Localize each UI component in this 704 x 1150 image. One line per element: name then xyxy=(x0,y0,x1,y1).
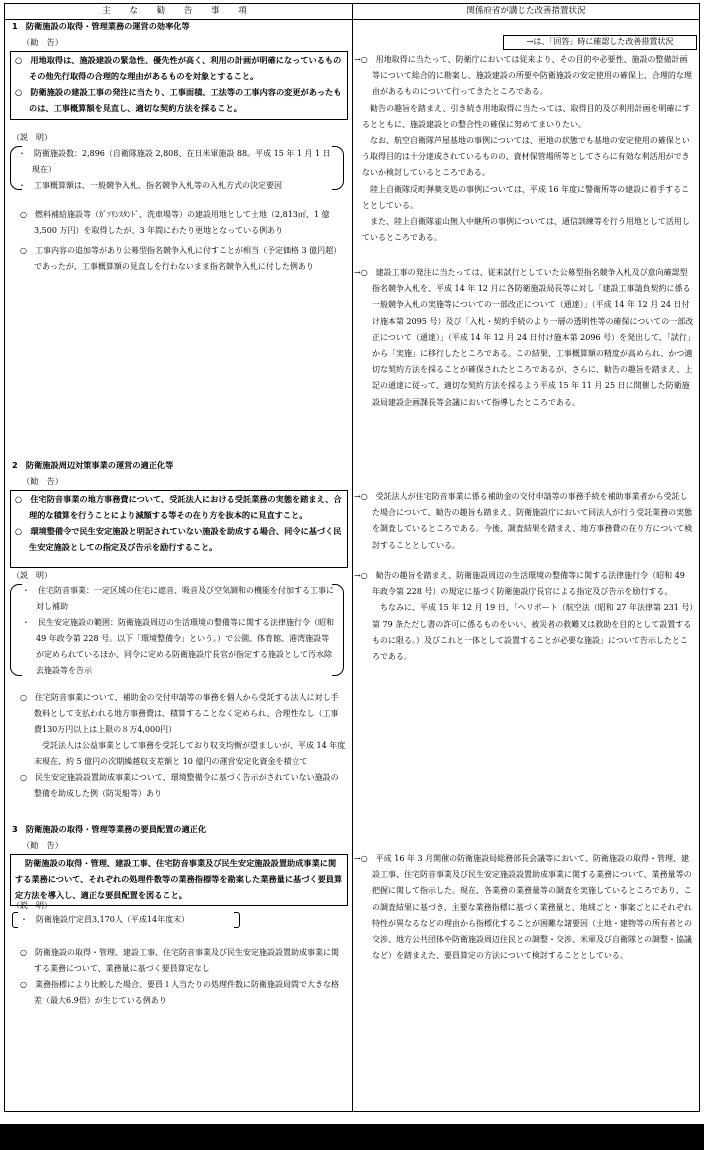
header-improvement-measures: 関係府省が講じた改善措置状況 xyxy=(353,4,699,19)
section-1-recommendation: ○ 用地取得は、施設建設の緊急性、優先性が高く、利用の計画が明確になっているもの… xyxy=(15,52,343,84)
section-2-notes: ・ 住宅防音事業：一定区域の住宅に遮音、吸音及び空気調和の機能を付加する工事に対… xyxy=(22,583,336,679)
section-3-findings: ○ 防衛施設の取得・管理、建設工事、住宅防音事業及び民生安定施設設置助成事業に関… xyxy=(20,945,346,1009)
section-2-response-2: →○ 勧告の趣旨を踏まえ、防衛施設周辺の生活環境の整備等に関する法律施行令（昭和… xyxy=(354,568,694,665)
response-para: また、陸上自衛隊雀山無人中継所の事例については、通信訓練等を行う用地として活用し… xyxy=(354,214,694,246)
section-3-recommendation: 防衛施設の取得・管理、建設工事、住宅防音事業及び民生安定施設設置助成事業に関する… xyxy=(15,855,343,903)
response-para: なお、航空自衛隊芦屋基地の事例については、更地の状態でも基地の安定使用の確保とい… xyxy=(354,133,694,182)
section-2-recommendation-box: ○ 住宅防音事業の地方事務費について、受託法人における受託業務の実態を踏まえ、合… xyxy=(10,490,348,568)
note-item: ・ 工事概算額は、一般競争入札、指名競争入札等の入札方式の決定要因 xyxy=(18,178,338,194)
finding-item: 受託法人は公益事業として事務を受託しており収支均衡が望ましいが、平成 14 年度… xyxy=(20,738,346,770)
section-1-response-2: →○ 建設工事の発注に当たっては、従来試行としていた公募型指名競争入札及び意向確… xyxy=(354,265,694,411)
response-lead: →○ 用地取得に当たって、防衛庁においては従来より、その目的や必要性、施設の整備… xyxy=(354,52,694,101)
section-2-recommendation: ○ 環境整備令で民生安定施設と明記されていない施設を助成する場合、同令に基づく民… xyxy=(15,523,343,555)
finding-item: ○ 民生安定施設設置助成事業について、環境整備令に基づく告示がされていない施設の… xyxy=(20,770,346,802)
response-lead: →○ 平成 16 年 3 月開催の防衛施設局総務部長会議等において、防衛施設の取… xyxy=(354,851,694,964)
section-2-recommendation: ○ 住宅防音事業の地方事務費について、受託法人における受託業務の実態を踏まえ、合… xyxy=(15,491,343,523)
response-lead: →○ 勧告の趣旨を踏まえ、防衛施設周辺の生活環境の整備等に関する法律施行令（昭和… xyxy=(354,568,694,600)
footer-band xyxy=(0,1124,704,1150)
header-main-recommendations: 主 な 勧 告 事 項 xyxy=(5,4,352,19)
section-2-response-1: →○ 受託法人が住宅防音事業に係る補助金の交付申請等の事務手続を補助事業者から受… xyxy=(354,489,694,554)
section-2-title: 2 防衛施設周辺対策事業の運営の適正化等 xyxy=(12,457,173,473)
section-2-kankoku-label: （勧 告） xyxy=(22,473,63,489)
section-1-response-1: →○ 用地取得に当たって、防衛庁においては従来より、その目的や必要性、施設の整備… xyxy=(354,52,694,246)
section-1-recommendation-box: ○ 用地取得は、施設建設の緊急性、優先性が高く、利用の計画が明確になっているもの… xyxy=(10,51,348,120)
column-divider xyxy=(352,4,353,1111)
finding-item: ○ 住宅防音事業について、補助金の交付申請等の事務を個人から受託する法人に対し手… xyxy=(20,690,346,738)
note-item: ・ 防衛施設庁定員3,170人（平成14年度末） xyxy=(20,912,240,928)
section-2-findings: ○ 住宅防音事業について、補助金の交付申請等の事務を個人から受託する法人に対し手… xyxy=(20,690,346,802)
section-1-recommendation: ○ 防衛施設の建設工事の発注に当たり、工事面積、工法等の工事内容の変更があったも… xyxy=(15,84,343,116)
response-para: ちなみに、平成 15 年 12 月 19 日、「ヘリポート（航空法（昭和 27 … xyxy=(354,600,694,665)
section-3-title: 3 防衛施設の取得・管理等業務の要員配置の適正化 xyxy=(12,821,206,837)
note-item: ・ 住宅防音事業：一定区域の住宅に遮音、吸音及び空気調和の機能を付加する工事に対… xyxy=(22,583,336,615)
section-3-response-1: →○ 平成 16 年 3 月開催の防衛施設局総務部長会議等において、防衛施設の取… xyxy=(354,851,694,964)
response-para: 勧告の趣旨を踏まえ、引き続き用地取得に当たっては、取得目的及び利用計画を明確にす… xyxy=(354,101,694,133)
finding-item: ○ 業務指標により比較した場合、要員１人当たりの処理件数に防衛施設局間で大きな格… xyxy=(20,977,346,1009)
finding-item: ○ 防衛施設の取得・管理、建設工事、住宅防音事業及び民生安定施設設置助成事業に関… xyxy=(20,945,346,977)
section-1-kankoku-label: （勧 告） xyxy=(22,34,63,50)
finding-item: ○ 燃料補給施設等（ｶﾞｿﾘﾝｽﾀﾝﾄﾞ、洗車場等）の建設用地として土地（2,8… xyxy=(20,207,346,239)
response-lead: →○ 建設工事の発注に当たっては、従来試行としていた公募型指名競争入札及び意向確… xyxy=(354,265,694,411)
section-3-recommendation-box: 防衛施設の取得・管理、建設工事、住宅防音事業及び民生安定施設設置助成事業に関する… xyxy=(10,854,348,906)
section-3-notes: ・ 防衛施設庁定員3,170人（平成14年度末） xyxy=(20,912,240,928)
section-1-title: 1 防衛施設の取得・管理業務の運営の効率化等 xyxy=(12,18,190,34)
section-1-notes: ・ 防衛施設数：2,896（自衛隊施設 2,808、在日米軍施設 88。平成 1… xyxy=(18,146,338,194)
finding-item: ○ 工事内容の追加等があり公募型指名競争入札に付すことが相当（予定価格 3 億円… xyxy=(20,243,346,275)
section-3-kankoku-label: （勧 告） xyxy=(22,837,63,853)
note-item: ・ 民生安定施設の範囲：防衛施設周辺の生活環境の整備等に関する法律施行令（昭和 … xyxy=(22,615,336,679)
note-item: ・ 防衛施設数：2,896（自衛隊施設 2,808、在日米軍施設 88。平成 1… xyxy=(18,146,338,178)
legend-note: →は、「回答」時に確認した改善措置状況 xyxy=(503,35,697,50)
section-1-findings: ○ 燃料補給施設等（ｶﾞｿﾘﾝｽﾀﾝﾄﾞ、洗車場等）の建設用地として土地（2,8… xyxy=(20,207,346,275)
response-lead: →○ 受託法人が住宅防音事業に係る補助金の交付申請等の事務手続を補助事業者から受… xyxy=(354,489,694,554)
response-para: 陸上自衛隊反町弾薬支処の事例については、平成 16 年度に警衛所等の建設に着手す… xyxy=(354,182,694,214)
